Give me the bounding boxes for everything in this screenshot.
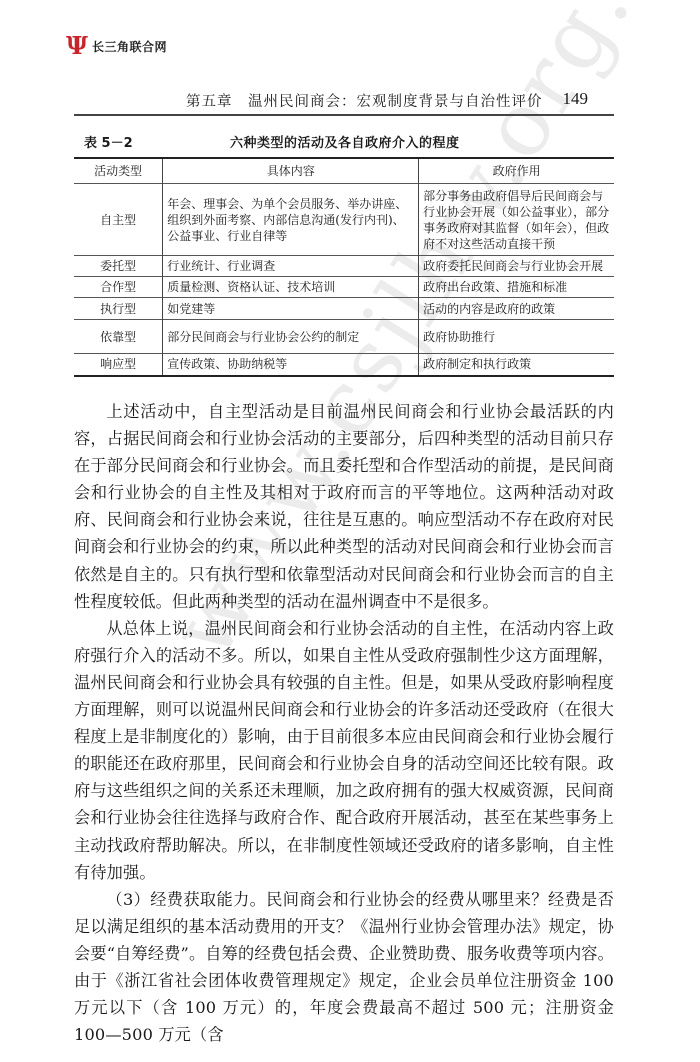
table-row: 执行型 如党建等 活动的内容是政府的政策 xyxy=(74,298,614,320)
cell-content: 部分民间商会与行业协会公约的制定 xyxy=(163,320,419,354)
cell-gov-role: 部分事务由政府倡导后民间商会与行业协会开展（如公益事业），部分事务政府对其监督（… xyxy=(419,184,614,256)
header-type: 活动类型 xyxy=(74,158,163,184)
cell-type: 委托型 xyxy=(74,256,163,277)
paragraph: 上述活动中，自主型活动是目前温州民间商会和行业协会最活跃的内容，占据民间商会和行… xyxy=(74,398,614,615)
header-gov-role: 政府作用 xyxy=(419,158,614,184)
table-title: 六种类型的活动及各自政府介入的程度 xyxy=(230,132,460,151)
cell-content: 质量检测、资格认证、技术培训 xyxy=(163,277,419,298)
cell-type: 响应型 xyxy=(74,354,163,376)
table-caption: 表 5－2 六种类型的活动及各自政府介入的程度 xyxy=(74,132,614,152)
cell-gov-role: 政府出台政策、措施和标准 xyxy=(419,277,614,298)
cell-type: 依靠型 xyxy=(74,320,163,354)
cell-gov-role: 政府制定和执行政策 xyxy=(419,354,614,376)
table-header-row: 活动类型 具体内容 政府作用 xyxy=(74,158,614,184)
table-row: 响应型 宣传政策、协助纳税等 政府制定和执行政策 xyxy=(74,354,614,376)
logo-text: 长三角联合网 xyxy=(92,38,167,55)
cell-content: 宣传政策、协助纳税等 xyxy=(163,354,419,376)
cell-type: 执行型 xyxy=(74,298,163,320)
header-content: 具体内容 xyxy=(163,158,419,184)
table-row: 合作型 质量检测、资格认证、技术培训 政府出台政策、措施和标准 xyxy=(74,277,614,298)
psi-logo-icon: Ψ xyxy=(66,34,86,58)
body-text: 上述活动中，自主型活动是目前温州民间商会和行业协会最活跃的内容，占据民间商会和行… xyxy=(74,398,614,1048)
site-logo: Ψ 长三角联合网 xyxy=(66,34,167,58)
chapter-title: 第五章 温州民间商会：宏观制度背景与自治性评价 xyxy=(186,90,543,111)
cell-gov-role: 活动的内容是政府的政策 xyxy=(419,298,614,320)
running-head: 第五章 温州民间商会：宏观制度背景与自治性评价 149 xyxy=(74,88,614,116)
paragraph: 从总体上说，温州民间商会和行业协会活动的自主性，在活动内容上政府强行介入的活动不… xyxy=(74,615,614,886)
paragraph: （3）经费获取能力。民间商会和行业协会的经费从哪里来？经费是否足以满足组织的基本… xyxy=(74,886,614,1049)
page-number: 149 xyxy=(563,89,589,109)
activity-types-table: 活动类型 具体内容 政府作用 自主型 年会、理事会、为单个会员服务、举办讲座、组… xyxy=(74,157,614,377)
table-row: 自主型 年会、理事会、为单个会员服务、举办讲座、组织到外面考察、内部信息沟通(发… xyxy=(74,184,614,256)
table-row: 委托型 行业统计、行业调查 政府委托民间商会与行业协会开展 xyxy=(74,256,614,277)
cell-content: 行业统计、行业调查 xyxy=(163,256,419,277)
cell-type: 自主型 xyxy=(74,184,163,256)
table-number: 表 5－2 xyxy=(84,132,133,151)
table-row: 依靠型 部分民间商会与行业协会公约的制定 政府协助推行 xyxy=(74,320,614,354)
cell-content: 如党建等 xyxy=(163,298,419,320)
cell-gov-role: 政府协助推行 xyxy=(419,320,614,354)
cell-gov-role: 政府委托民间商会与行业协会开展 xyxy=(419,256,614,277)
cell-type: 合作型 xyxy=(74,277,163,298)
cell-content: 年会、理事会、为单个会员服务、举办讲座、组织到外面考察、内部信息沟通(发行内刊)… xyxy=(163,184,419,256)
